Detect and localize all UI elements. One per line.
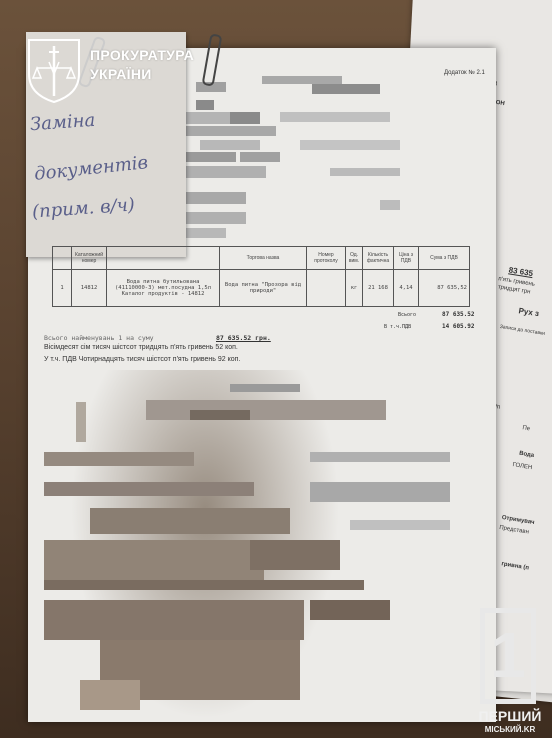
invoice-table: Каталожний номер Торгова назва Номер про… (52, 246, 470, 307)
pixelated-signature-area (70, 380, 450, 710)
amount-in-words: Вісімдесят сім тисяч шістсот тридцять п'… (44, 344, 238, 351)
summary-line: Всього найменувань 1 на суму (44, 334, 154, 342)
prosecutor-shield-icon (27, 38, 81, 104)
handwriting-line-2: документів (33, 152, 149, 185)
vat-value: 14 605.92 (442, 323, 475, 330)
table-row: 1 14812 Вода питна бутильована (41110000… (53, 270, 470, 307)
prosecutor-logo-text: ПРОКУРАТУРА УКРАЇНИ (90, 46, 194, 84)
vat-in-words: У т.ч. ПДВ Чотирнадцять тисяч шістсот п'… (44, 356, 240, 363)
vat-label: В т.ч.ПДВ (384, 324, 411, 330)
appendix-label: Додаток № 2.1 (444, 70, 485, 76)
watermark-number: 1 (480, 618, 536, 692)
watermark-line-2: МІСЬКИЙ.KR (470, 725, 550, 734)
total-value: 87 635.52 (442, 311, 475, 318)
table-header-row: Каталожний номер Торгова назва Номер про… (53, 247, 470, 270)
summary-amount: 87 635.52 грн. (216, 334, 271, 342)
watermark-line-1: ПЕРШИЙ (470, 708, 550, 724)
handwriting-line-3: (прим. в/ч) (31, 194, 135, 222)
handwriting-line-1: Заміна (29, 110, 96, 135)
total-label: Всього (398, 312, 416, 318)
pershyi-miskyi-watermark: 1 ПЕРШИЙ МІСЬКИЙ.KR (470, 608, 550, 736)
